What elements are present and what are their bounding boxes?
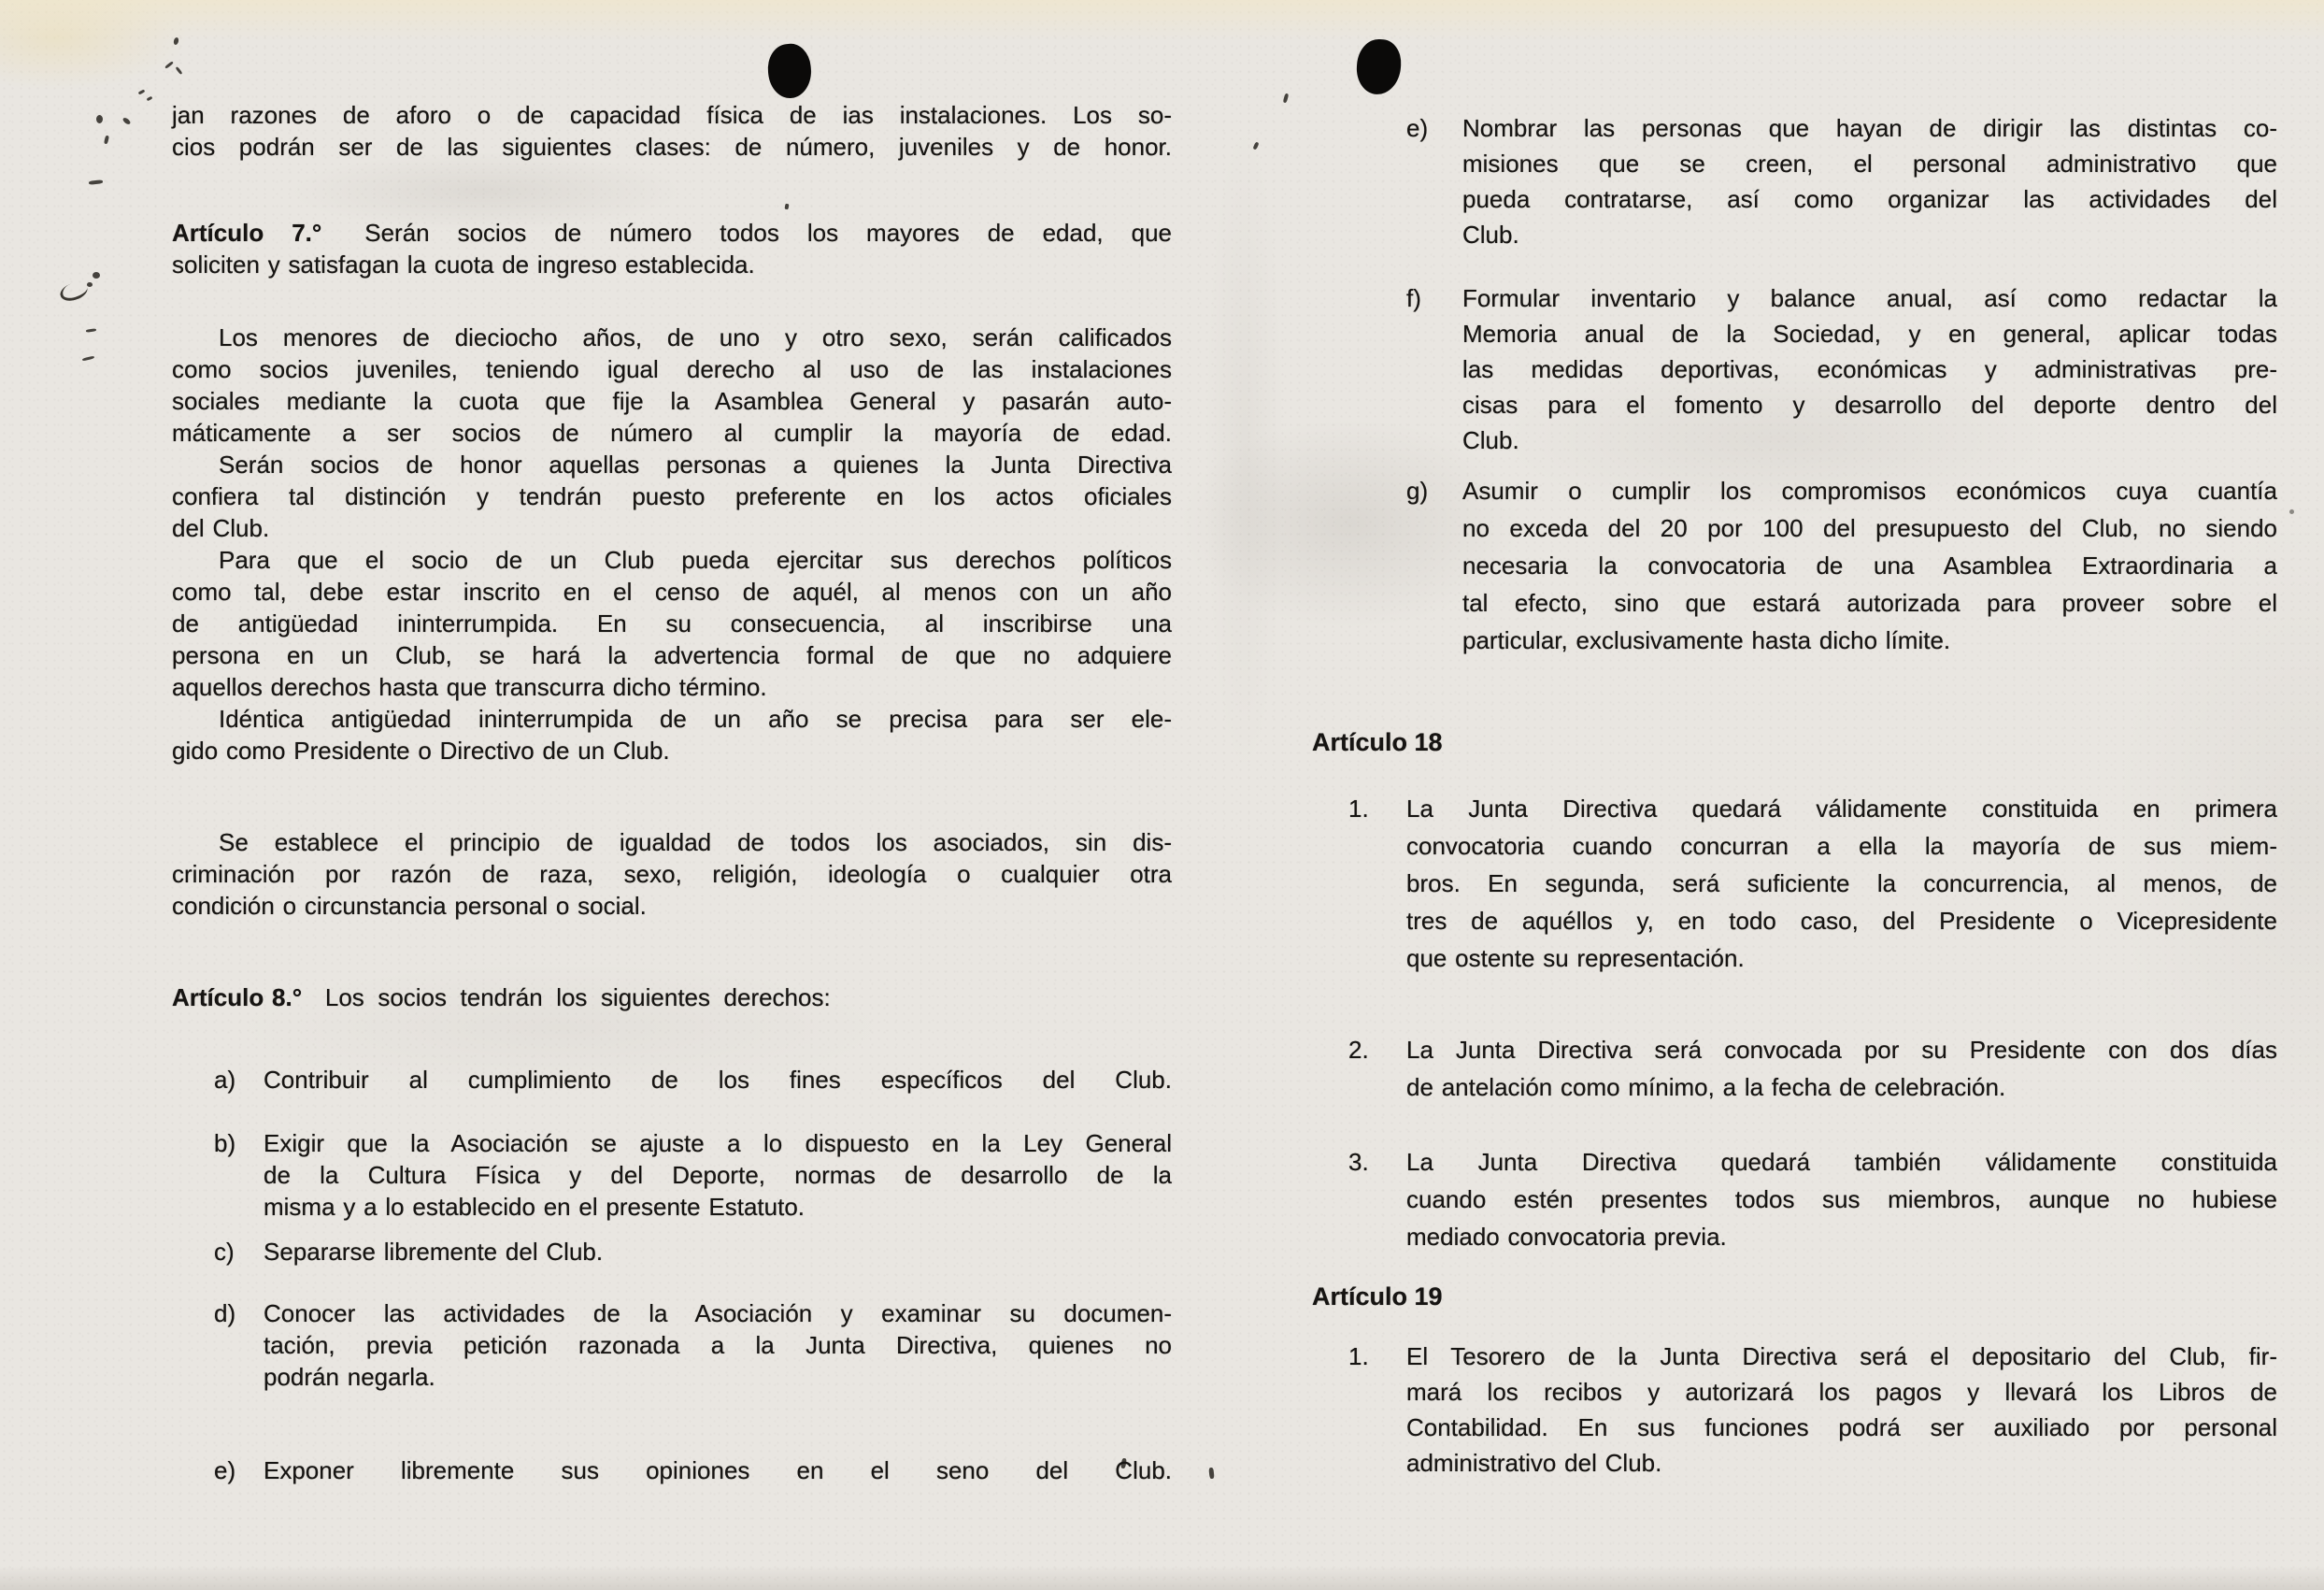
- paragraph-equality: Se establece el principio de igualdad de…: [172, 826, 1172, 922]
- ink-speck: [121, 117, 131, 125]
- list-item-text: Separarse libremente del Club.: [264, 1236, 1172, 1268]
- scanned-document-page: jan razones de aforo o de capacidad físi…: [0, 0, 2324, 1590]
- list-item-e: e) Exponer libremente sus opiniones en e…: [172, 1454, 1172, 1486]
- list-marker: b): [214, 1127, 235, 1159]
- list-marker: 3.: [1348, 1143, 1369, 1181]
- list-marker: e): [214, 1454, 235, 1486]
- article-19-heading: Artículo 19: [1312, 1279, 2277, 1314]
- list-item-text: Exponer libremente sus opiniones en el s…: [264, 1454, 1172, 1486]
- ink-speck: [147, 96, 153, 102]
- list-marker: e): [1406, 110, 1428, 146]
- article-8-label: Artículo 8.°: [172, 983, 302, 1011]
- article-8: Artículo 8.° Los socios tendrán los sigu…: [172, 981, 1172, 1013]
- list-item-text: Contribuir al cumplimiento de los fines …: [264, 1064, 1172, 1096]
- list-marker: a): [214, 1064, 235, 1096]
- article-7-body: soliciten y satisfagan la cuota de ingre…: [172, 249, 1172, 280]
- punch-hole-left: [765, 42, 814, 100]
- paragraph-continuation: jan razones de aforo o de capacidad físi…: [172, 99, 1172, 163]
- list-item-e-duties: e) Nombrar las personas que hayan de dir…: [1312, 110, 2277, 252]
- punch-hole-right: [1355, 37, 1403, 95]
- list-marker: f): [1406, 280, 1421, 316]
- paragraph-text: jan razones de aforo o de capacidad físi…: [172, 99, 1172, 163]
- ink-speck: [1283, 93, 1290, 104]
- article-7-first-line: Artículo 7.° Serán socios de número todo…: [172, 217, 1172, 249]
- ink-speck: [176, 66, 183, 75]
- list-marker: d): [214, 1297, 235, 1329]
- paragraph-text: Idéntica antigüedad ininterrumpida de un…: [172, 703, 1172, 766]
- list-item-text: Conocer las actividades de la Asociación…: [264, 1297, 1172, 1393]
- list-item-c: c) Separarse libremente del Club.: [172, 1236, 1172, 1268]
- list-item-text: La Junta Directiva quedará también válid…: [1406, 1143, 2277, 1255]
- pen-mark: [58, 279, 90, 304]
- list-marker: 2.: [1348, 1031, 1369, 1068]
- ink-speck: [138, 90, 146, 95]
- list-item-f-duties: f) Formular inventario y balance anual, …: [1312, 280, 2277, 458]
- ink-speck: [1208, 1468, 1214, 1479]
- paragraph-text: Los menores de dieciocho años, de uno y …: [172, 322, 1172, 449]
- ink-speck: [89, 179, 103, 185]
- article-7-text: Serán socios de número todos los mayores…: [364, 219, 1172, 247]
- paragraph-seniority: Idéntica antigüedad ininterrumpida de un…: [172, 703, 1172, 766]
- ink-speck: [2289, 509, 2294, 514]
- ink-speck: [1252, 142, 1259, 150]
- list-item-text: La Junta Directiva quedará válidamente c…: [1406, 790, 2277, 977]
- paragraph-minors: Los menores de dieciocho años, de uno y …: [172, 322, 1172, 449]
- article-7: Artículo 7.° Serán socios de número todo…: [172, 217, 1172, 280]
- list-item-text: Formular inventario y balance anual, así…: [1462, 280, 2277, 458]
- article-18-heading: Artículo 18: [1312, 724, 2277, 760]
- ink-speck: [86, 328, 96, 333]
- list-item-text: Nombrar las personas que hayan de dirigi…: [1462, 110, 2277, 252]
- article-18-item-2: 2. La Junta Directiva será convocada por…: [1312, 1031, 2277, 1106]
- list-marker: 1.: [1348, 1339, 1369, 1374]
- ink-speck: [87, 282, 93, 287]
- list-item-text: Asumir o cumplir los compromisos económi…: [1462, 472, 2277, 659]
- article-18-item-3: 3. La Junta Directiva quedará también vá…: [1312, 1143, 2277, 1255]
- ink-speck: [173, 36, 179, 45]
- ink-speck: [785, 204, 790, 210]
- ink-speck: [104, 136, 109, 145]
- article-8-first-line: Artículo 8.° Los socios tendrán los sigu…: [172, 981, 1172, 1013]
- ink-speck: [93, 272, 100, 279]
- list-item-text: Exigir que la Asociación se ajuste a lo …: [264, 1127, 1172, 1223]
- list-item-b: b) Exigir que la Asociación se ajuste a …: [172, 1127, 1172, 1223]
- list-item-text: El Tesorero de la Junta Directiva será e…: [1406, 1339, 2277, 1481]
- list-item-d: d) Conocer las actividades de la Asociac…: [172, 1297, 1172, 1393]
- paragraph-honor-members: Serán socios de honor aquellas personas …: [172, 449, 1172, 544]
- paragraph-political-rights: Para que el socio de un Club pueda ejerc…: [172, 544, 1172, 703]
- list-item-a: a) Contribuir al cumplimiento de los fin…: [172, 1064, 1172, 1096]
- list-marker: 1.: [1348, 790, 1369, 827]
- ink-speck: [164, 61, 174, 69]
- list-marker: g): [1406, 472, 1428, 509]
- paragraph-text: Se establece el principio de igualdad de…: [172, 826, 1172, 922]
- article-18-item-1: 1. La Junta Directiva quedará válidament…: [1312, 790, 2277, 977]
- ink-speck: [96, 115, 103, 123]
- article-8-text: Los socios tendrán los siguientes derech…: [325, 983, 831, 1011]
- paragraph-text: Serán socios de honor aquellas personas …: [172, 449, 1172, 544]
- ink-speck: [82, 355, 94, 361]
- list-marker: c): [214, 1236, 235, 1268]
- list-item-text: La Junta Directiva será convocada por su…: [1406, 1031, 2277, 1106]
- paragraph-text: Para que el socio de un Club pueda ejerc…: [172, 544, 1172, 703]
- list-item-g-duties: g) Asumir o cumplir los compromisos econ…: [1312, 472, 2277, 659]
- article-7-label: Artículo 7.°: [172, 219, 321, 247]
- article-19-item-1: 1. El Tesorero de la Junta Directiva ser…: [1312, 1339, 2277, 1481]
